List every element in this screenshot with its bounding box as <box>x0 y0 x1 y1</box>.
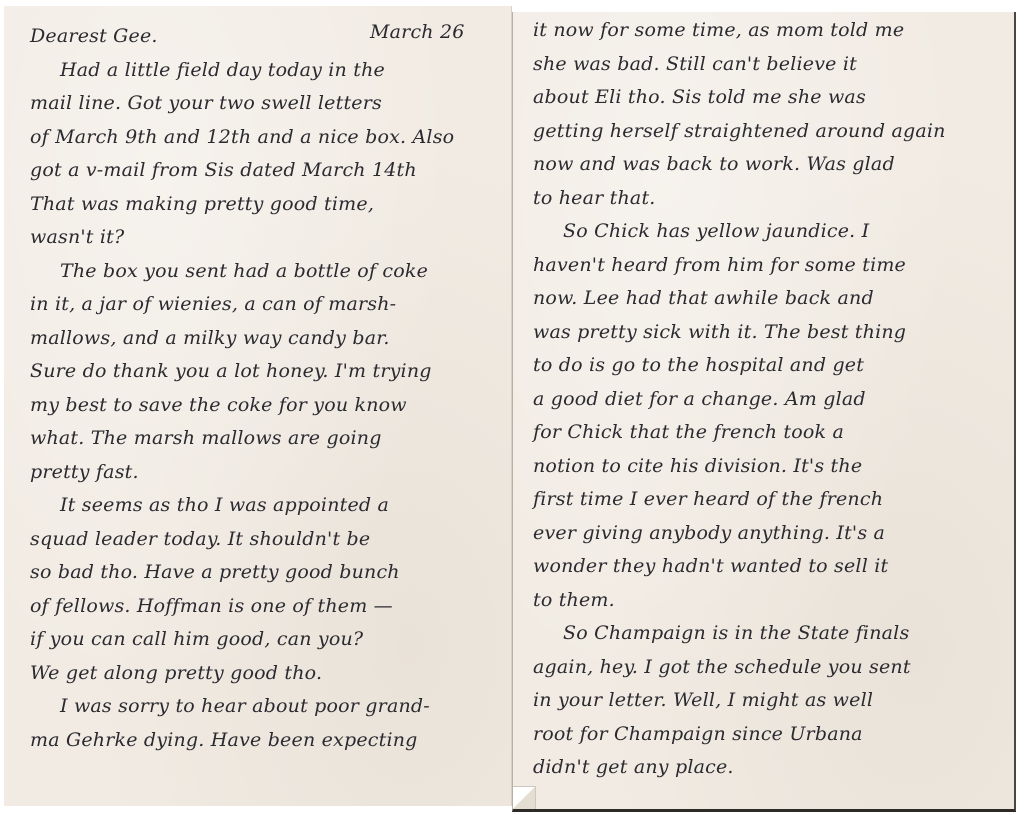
text-line: I was sorry to hear about poor grand- <box>30 690 500 724</box>
text-line: got a v-mail from Sis dated March 14th <box>30 154 500 188</box>
text-line: wonder they hadn't wanted to sell it <box>533 550 1003 584</box>
text-line: a good diet for a change. Am glad <box>533 383 1003 417</box>
text-line: root for Champaign since Urbana <box>533 718 1003 752</box>
letter-page-left: Dearest Gee. March 26 Had a little field… <box>4 6 512 806</box>
text-line: So Champaign is in the State finals <box>533 617 1003 651</box>
text-line: squad leader today. It shouldn't be <box>30 523 500 557</box>
text-line: to them. <box>533 584 1003 618</box>
text-line: Had a little field day today in the <box>30 54 500 88</box>
text-line: mallows, and a milky way candy bar. <box>30 322 500 356</box>
text-line: getting herself straightened around agai… <box>533 115 1003 149</box>
text-line: wasn't it? <box>30 221 500 255</box>
letter-date: March 26 <box>370 16 465 50</box>
text-line: notion to cite his division. It's the <box>533 450 1003 484</box>
text-line: now and was back to work. Was glad <box>533 148 1003 182</box>
text-line: first time I ever heard of the french <box>533 483 1003 517</box>
text-line: mail line. Got your two swell letters <box>30 87 500 121</box>
letter-page-right: it now for some time, as mom told me she… <box>512 12 1016 812</box>
text-line: So Chick has yellow jaundice. I <box>533 215 1003 249</box>
folded-corner <box>513 786 536 809</box>
text-line: my best to save the coke for you know <box>30 389 500 423</box>
text-line: what. The marsh mallows are going <box>30 422 500 456</box>
text-line: We get along pretty good tho. <box>30 657 500 691</box>
text-line: ever giving anybody anything. It's a <box>533 517 1003 551</box>
text-line: it now for some time, as mom told me <box>533 14 1003 48</box>
text-line: about Eli tho. Sis told me she was <box>533 81 1003 115</box>
text-line: so bad tho. Have a pretty good bunch <box>30 556 500 590</box>
text-line: pretty fast. <box>30 456 500 490</box>
text-line: of fellows. Hoffman is one of them — <box>30 590 500 624</box>
text-line: in your letter. Well, I might as well <box>533 684 1003 718</box>
text-line: That was making pretty good time, <box>30 188 500 222</box>
text-line: to do is go to the hospital and get <box>533 349 1003 383</box>
text-line: now. Lee had that awhile back and <box>533 282 1003 316</box>
text-line: of March 9th and 12th and a nice box. Al… <box>30 121 500 155</box>
text-line: was pretty sick with it. The best thing <box>533 316 1003 350</box>
text-line: again, hey. I got the schedule you sent <box>533 651 1003 685</box>
salutation: Dearest Gee. <box>30 20 158 54</box>
text-line: Sure do thank you a lot honey. I'm tryin… <box>30 355 500 389</box>
text-line: haven't heard from him for some time <box>533 249 1003 283</box>
scanned-letter: Dearest Gee. March 26 Had a little field… <box>0 0 1024 815</box>
text-line: didn't get any place. <box>533 751 1003 785</box>
text-line: The box you sent had a bottle of coke <box>30 255 500 289</box>
right-page-text: it now for some time, as mom told me she… <box>533 14 1003 785</box>
text-line: to hear that. <box>533 182 1003 216</box>
text-line: ma Gehrke dying. Have been expecting <box>30 724 500 758</box>
letter-header: Dearest Gee. March 26 <box>30 20 500 54</box>
text-line: in it, a jar of wienies, a can of marsh- <box>30 288 500 322</box>
text-line: for Chick that the french took a <box>533 416 1003 450</box>
text-line: It seems as tho I was appointed a <box>30 489 500 523</box>
left-page-text: Dearest Gee. March 26 Had a little field… <box>30 6 500 757</box>
text-line: she was bad. Still can't believe it <box>533 48 1003 82</box>
text-line: if you can call him good, can you? <box>30 623 500 657</box>
